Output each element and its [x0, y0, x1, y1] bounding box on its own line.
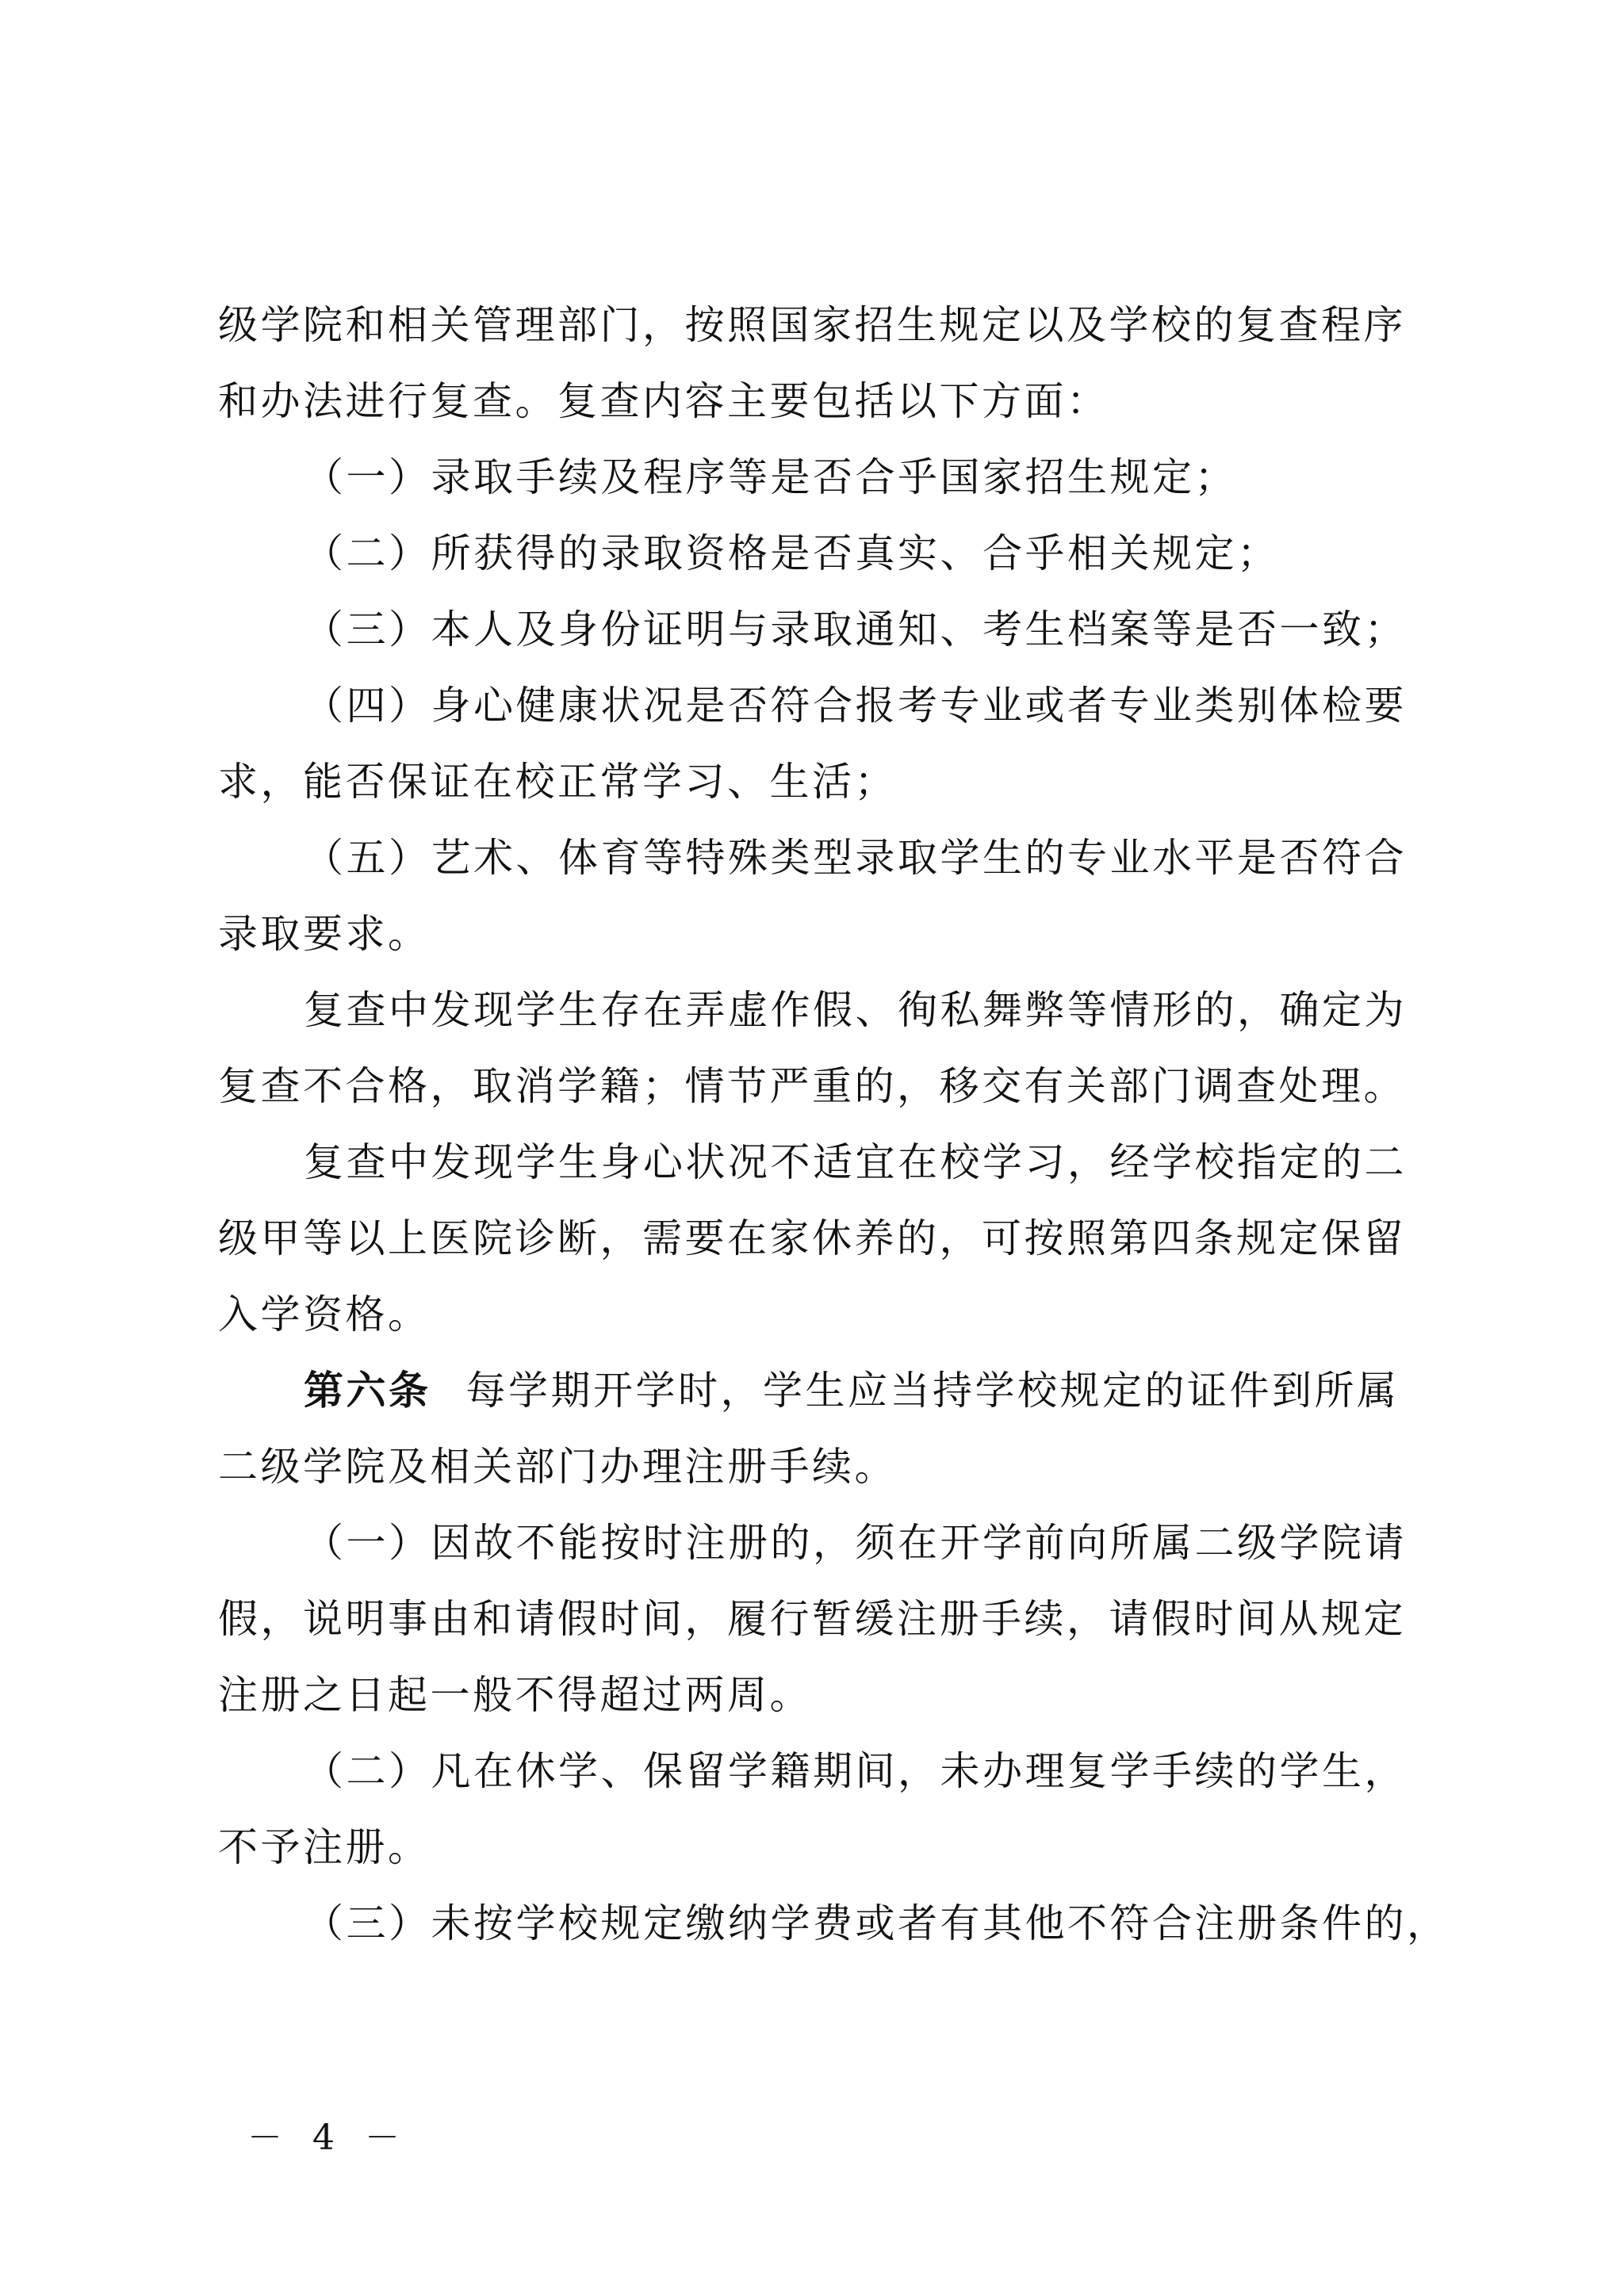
body-text: 级学院和相关管理部门，按照国家招生规定以及学校的复查程序 和办法进行复查。复查内…: [218, 287, 1423, 1961]
list-item-review-special-admission: （五）艺术、体育等特殊类型录取学生的专业水平是否符合: [218, 820, 1423, 896]
text-line: 入学资格。: [218, 1276, 1423, 1353]
text-line: 不予注册。: [218, 1809, 1423, 1885]
paragraph-health-deferral: 复查中发现学生身心状况不适宜在校学习，经学校指定的二: [218, 1124, 1423, 1200]
text-line: 求，能否保证在校正常学习、生活；: [218, 744, 1423, 820]
text-line: 和办法进行复查。复查内容主要包括以下方面：: [218, 363, 1423, 439]
document-page: 级学院和相关管理部门，按照国家招生规定以及学校的复查程序 和办法进行复查。复查内…: [0, 0, 1624, 2296]
list-item-review-identity: （三）本人及身份证明与录取通知、考生档案等是否一致；: [218, 591, 1423, 668]
text-line: 注册之日起一般不得超过两周。: [218, 1657, 1423, 1733]
text-line: 级学院和相关管理部门，按照国家招生规定以及学校的复查程序: [218, 287, 1423, 363]
text-line: 二级学院及相关部门办理注册手续。: [218, 1429, 1423, 1505]
list-item-leave-registration: （一）因故不能按时注册的，须在开学前向所属二级学院请: [218, 1505, 1423, 1581]
article-number: 第六条: [304, 1368, 431, 1414]
list-item-tuition: （三）未按学校规定缴纳学费或者有其他不符合注册条件的，: [218, 1885, 1423, 1961]
text-line: 录取要求。: [218, 896, 1423, 972]
page-number: － 4 －: [247, 2109, 409, 2160]
article-six: 第六条每学期开学时，学生应当持学校规定的证件到所属: [218, 1353, 1423, 1429]
article-text: 每学期开学时，学生应当持学校规定的证件到所属: [466, 1368, 1400, 1414]
text-line: 假，说明事由和请假时间，履行暂缓注册手续，请假时间从规定: [218, 1581, 1423, 1657]
list-item-review-health: （四）身心健康状况是否符合报考专业或者专业类别体检要: [218, 668, 1423, 744]
text-line: 复查不合格，取消学籍；情节严重的，移交有关部门调查处理。: [218, 1048, 1423, 1124]
list-item-review-qualification: （二）所获得的录取资格是否真实、合乎相关规定；: [218, 515, 1423, 591]
list-item-suspension: （二）凡在休学、保留学籍期间，未办理复学手续的学生，: [218, 1733, 1423, 1809]
list-item-review-procedure: （一）录取手续及程序等是否合乎国家招生规定；: [218, 439, 1423, 515]
text-line: 级甲等以上医院诊断，需要在家休养的，可按照第四条规定保留: [218, 1200, 1423, 1276]
paragraph-fraud: 复查中发现学生存在弄虚作假、徇私舞弊等情形的，确定为: [218, 972, 1423, 1048]
